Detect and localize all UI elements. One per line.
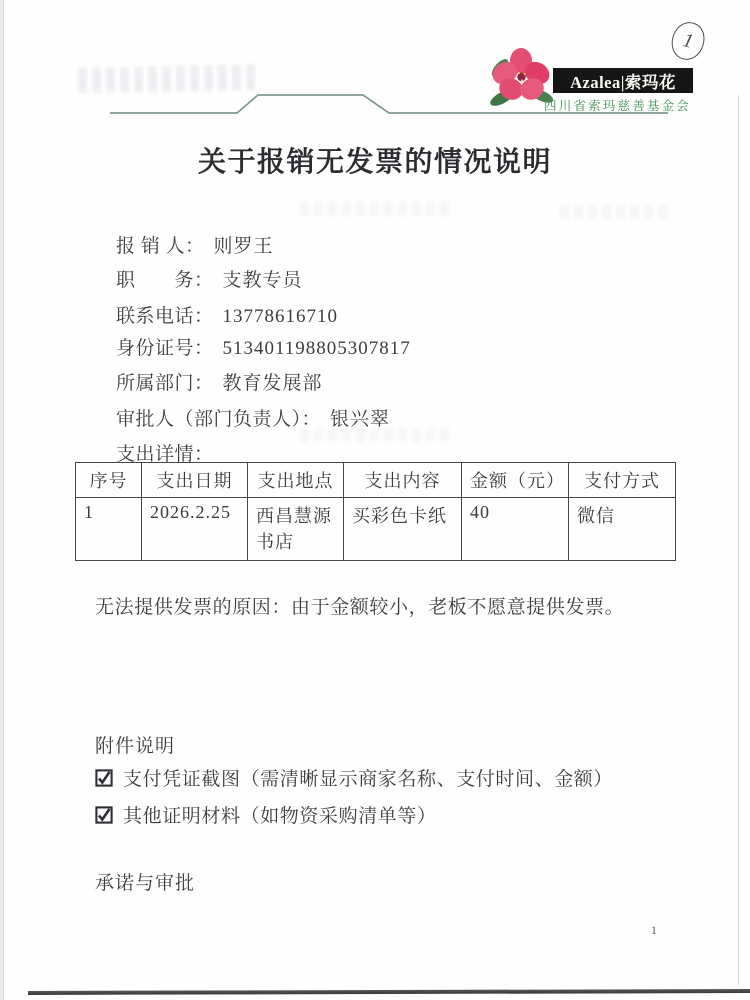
logo-brand: Azalea|索玛花 <box>553 68 693 93</box>
table-cell: 西昌慧源书店 <box>248 498 344 561</box>
checkbox-checked-icon <box>95 806 113 824</box>
attachments-heading: 附件说明 <box>95 731 175 758</box>
table-header-cell: 支出日期 <box>142 463 248 498</box>
no-invoice-reason: 无法提供发票的原因：由于金额较小，老板不愿意提供发票。 <box>95 592 655 619</box>
logo-org-name: 四川省索玛慈善基金会 <box>544 96 714 114</box>
field-position: 职 务：支教专员 <box>95 243 303 267</box>
attachment-item: 支付凭证截图（需清晰显示商家名称、支付时间、金额） <box>95 764 613 791</box>
table-header-cell: 支出地点 <box>248 463 344 498</box>
table-row: 1 2026.2.25 西昌慧源书店 买彩色卡纸 40 微信 <box>76 498 676 561</box>
table-header-cell: 支付方式 <box>569 463 676 498</box>
table-cell: 买彩色卡纸 <box>344 498 462 561</box>
field-approver: 审批人（部门负责人）：银兴翠 <box>95 382 390 406</box>
scan-artifact <box>300 428 450 442</box>
page-left-edge <box>0 0 4 1000</box>
page-right-edge <box>738 95 739 985</box>
field-department: 所属部门：教育发展部 <box>95 346 323 370</box>
scanned-document-page: 1 Azalea|索玛花 四川省索玛慈善基金会 <box>0 0 750 1000</box>
attachment-item: 其他证明材料（如物资采购清单等） <box>95 801 437 828</box>
field-phone: 联系电话：13778616710 <box>95 279 338 303</box>
field-id-number: 身份证号：513401198805307817 <box>95 311 411 335</box>
table-cell: 2026.2.25 <box>142 498 248 561</box>
scan-artifact <box>300 202 450 216</box>
table-header-cell: 支出内容 <box>344 463 462 498</box>
table-cell: 微信 <box>569 498 676 561</box>
expense-table: 序号 支出日期 支出地点 支出内容 金额（元） 支付方式 1 2026.2.25… <box>75 462 676 561</box>
promise-approval-heading: 承诺与审批 <box>95 868 195 895</box>
checkbox-checked-icon <box>95 769 113 787</box>
org-logo: Azalea|索玛花 四川省索玛慈善基金会 <box>486 44 716 116</box>
field-expense-details-label: 支出详情： <box>95 417 223 441</box>
scan-artifact <box>560 205 670 219</box>
page-number: 1 <box>651 923 657 938</box>
table-header-row: 序号 支出日期 支出地点 支出内容 金额（元） 支付方式 <box>76 463 676 498</box>
table-header-cell: 序号 <box>76 463 142 498</box>
field-value: 银兴翠 <box>330 409 390 430</box>
field-reimburser: 报 销 人：则罗王 <box>95 209 274 233</box>
page-bottom-edge <box>28 989 750 995</box>
table-header-cell: 金额（元） <box>462 463 569 498</box>
attachment-item-label: 支付凭证截图（需清晰显示商家名称、支付时间、金额） <box>123 764 613 791</box>
table-cell: 1 <box>76 498 142 561</box>
attachment-item-label: 其他证明材料（如物资采购清单等） <box>123 801 437 828</box>
table-cell: 40 <box>462 498 569 561</box>
document-title: 关于报销无发票的情况说明 <box>0 140 750 180</box>
